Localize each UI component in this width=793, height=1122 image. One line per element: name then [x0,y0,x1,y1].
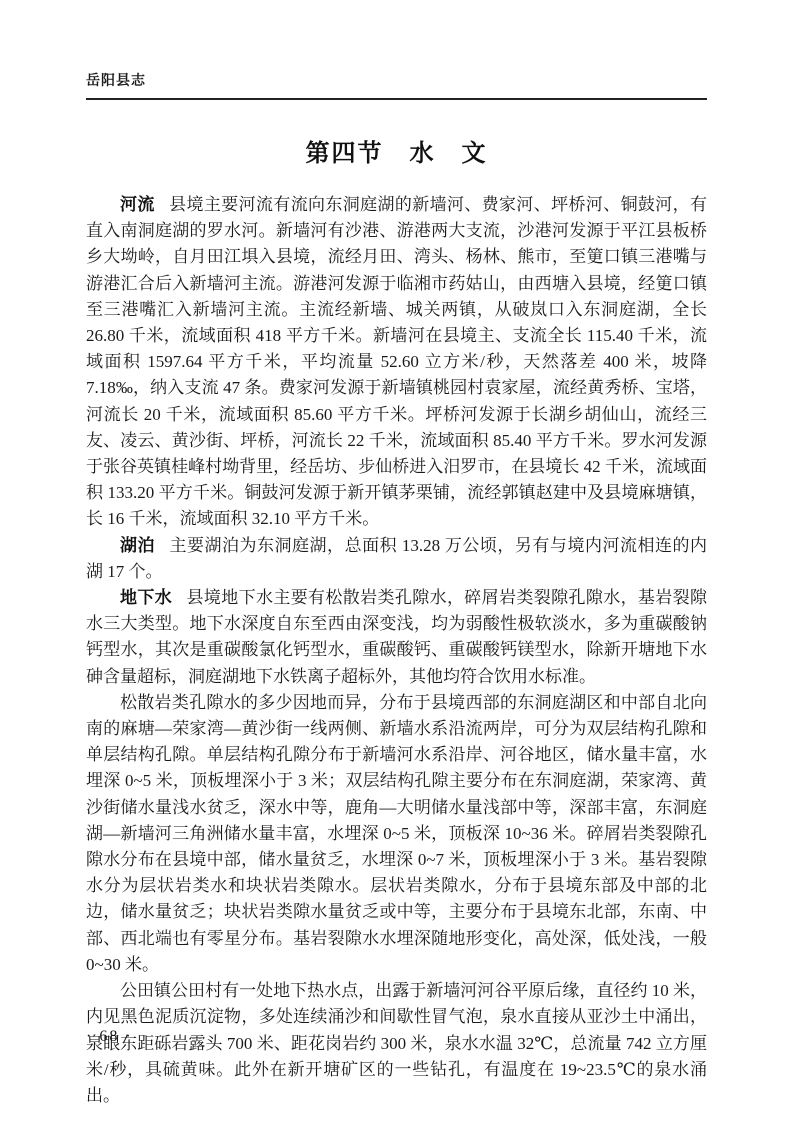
header-rule [86,98,707,100]
paragraph-text-groundwater: 县境地下水主要有松散岩类孔隙水，碎屑岩类裂隙孔隙水，基岩裂隙水三大类型。地下水深… [86,588,707,686]
section-title: 第四节 水 文 [0,133,793,168]
paragraph-hotspring: 公田镇公田村有一处地下热水点，出露于新墙河河谷平原后缘，直径约 10 米，内见黑… [86,978,707,1109]
paragraph-text-rivers: 县境主要河流有流向东洞庭湖的新墙河、费家河、坪桥河、铜鼓河，有直入南洞庭湖的罗水… [86,195,707,528]
running-header: 岳阳县志 [86,70,146,90]
paragraph-text-hotspring: 公田镇公田村有一处地下热水点，出露于新墙河河谷平原后缘，直径约 10 米，内见黑… [86,981,707,1105]
body-text: 河流县境主要河流有流向东洞庭湖的新墙河、费家河、坪桥河、铜鼓河，有直入南洞庭湖的… [86,192,707,1109]
paragraph-lakes: 湖泊主要湖泊为东洞庭湖，总面积 13.28 万公顷，另有与境内河流相连的内湖 1… [86,533,707,585]
page-number: · 68 · [86,1028,133,1046]
paragraph-label-lakes: 湖泊 [120,536,155,555]
paragraph-groundwater: 地下水县境地下水主要有松散岩类孔隙水，碎屑岩类裂隙孔隙水，基岩裂隙水三大类型。地… [86,585,707,690]
paragraph-label-rivers: 河流 [120,195,155,214]
paragraph-text-lakes: 主要湖泊为东洞庭湖，总面积 13.28 万公顷，另有与境内河流相连的内湖 17 … [86,536,707,581]
paragraph-porewater: 松散岩类孔隙水的多少因地而异，分布于县境西部的东洞庭湖区和中部自北向南的麻塘—荣… [86,690,707,978]
paragraph-text-porewater: 松散岩类孔隙水的多少因地而异，分布于县境西部的东洞庭湖区和中部自北向南的麻塘—荣… [86,693,707,974]
paragraph-rivers: 河流县境主要河流有流向东洞庭湖的新墙河、费家河、坪桥河、铜鼓河，有直入南洞庭湖的… [86,192,707,533]
paragraph-label-groundwater: 地下水 [120,588,172,607]
document-page: 岳阳县志 第四节 水 文 河流县境主要河流有流向东洞庭湖的新墙河、费家河、坪桥河… [0,0,793,1122]
